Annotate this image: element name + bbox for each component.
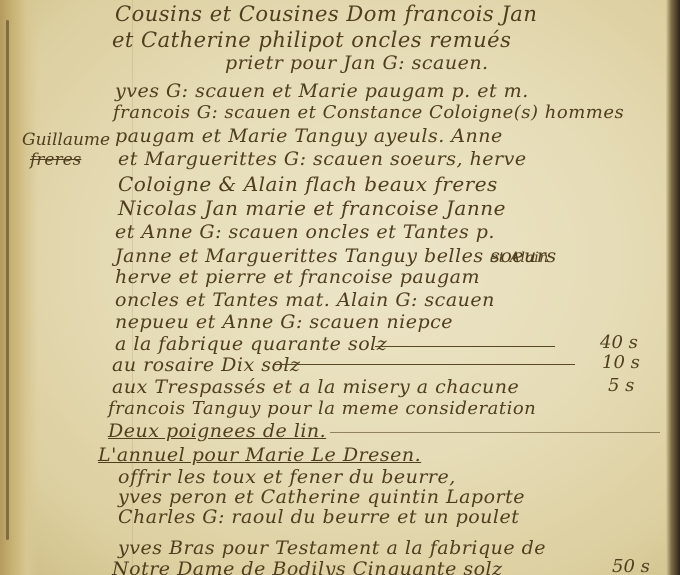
bequest-line: au rosaire Dix solz [112,354,301,376]
amount-rule [375,346,555,347]
text-line: herve et pierre et francoise paugam [115,266,480,288]
bequest-amount: 40 s [600,332,638,353]
margin-note-freres: freres [30,150,81,170]
text-line: yves peron et Catherine quintin Laporte [118,486,525,508]
bequest-amount: 10 s [602,352,640,373]
text-line: prietr pour Jan G: scauen. [225,52,489,74]
text-line: francois Tanguy pour la meme considerati… [108,398,536,419]
bequest-amount: 5 s [608,375,634,396]
text-line: paugam et Marie Tanguy ayeuls. Anne [115,125,503,147]
text-line: L'annuel pour Marie Le Dresen. [98,444,421,466]
text-line: Deux poignees de lin. [108,420,326,442]
text-line: yves G: scauen et Marie paugam p. et m. [115,80,529,102]
text-line: et Catherine philipot oncles remués [112,28,511,52]
text-line: Charles G: raoul du beurre et un poulet [118,506,519,528]
text-line: Coloigne & Alain flach beaux freres [118,172,498,196]
handwritten-text: Cousins et Cousines Dom francois Jan et … [0,0,680,575]
text-line: nepueu et Anne G: scauen niepce [115,311,453,333]
text-line: et Marguerittes G: scauen soeurs, herve [118,148,527,170]
text-line: offrir les toux et fener du beurre, [118,466,456,488]
text-line: yves Bras pour Testament a la fabrique d… [118,537,546,559]
bequest-line: aux Trespassés et a la misery a chacune [112,376,519,398]
interlinear-note: et Alain [490,250,549,266]
text-line: francois G: scauen et Constance Coloigne… [113,102,624,123]
bequest-amount: 50 s [612,556,650,575]
amount-rule [275,364,575,365]
section-rule [330,432,660,433]
margin-note-guillaume: Guillaume [22,130,110,150]
bequest-line: a la fabrique quarante solz [115,333,387,355]
text-line: et Anne G: scauen oncles et Tantes p. [115,221,495,243]
text-line: Cousins et Cousines Dom francois Jan [115,2,537,26]
text-line: oncles et Tantes mat. Alain G: scauen [115,289,495,311]
text-line: Nicolas Jan marie et francoise Janne [118,196,506,220]
manuscript-page: Cousins et Cousines Dom francois Jan et … [0,0,680,575]
text-line: Notre Dame de Bodilys Cinquante solz [112,558,503,575]
